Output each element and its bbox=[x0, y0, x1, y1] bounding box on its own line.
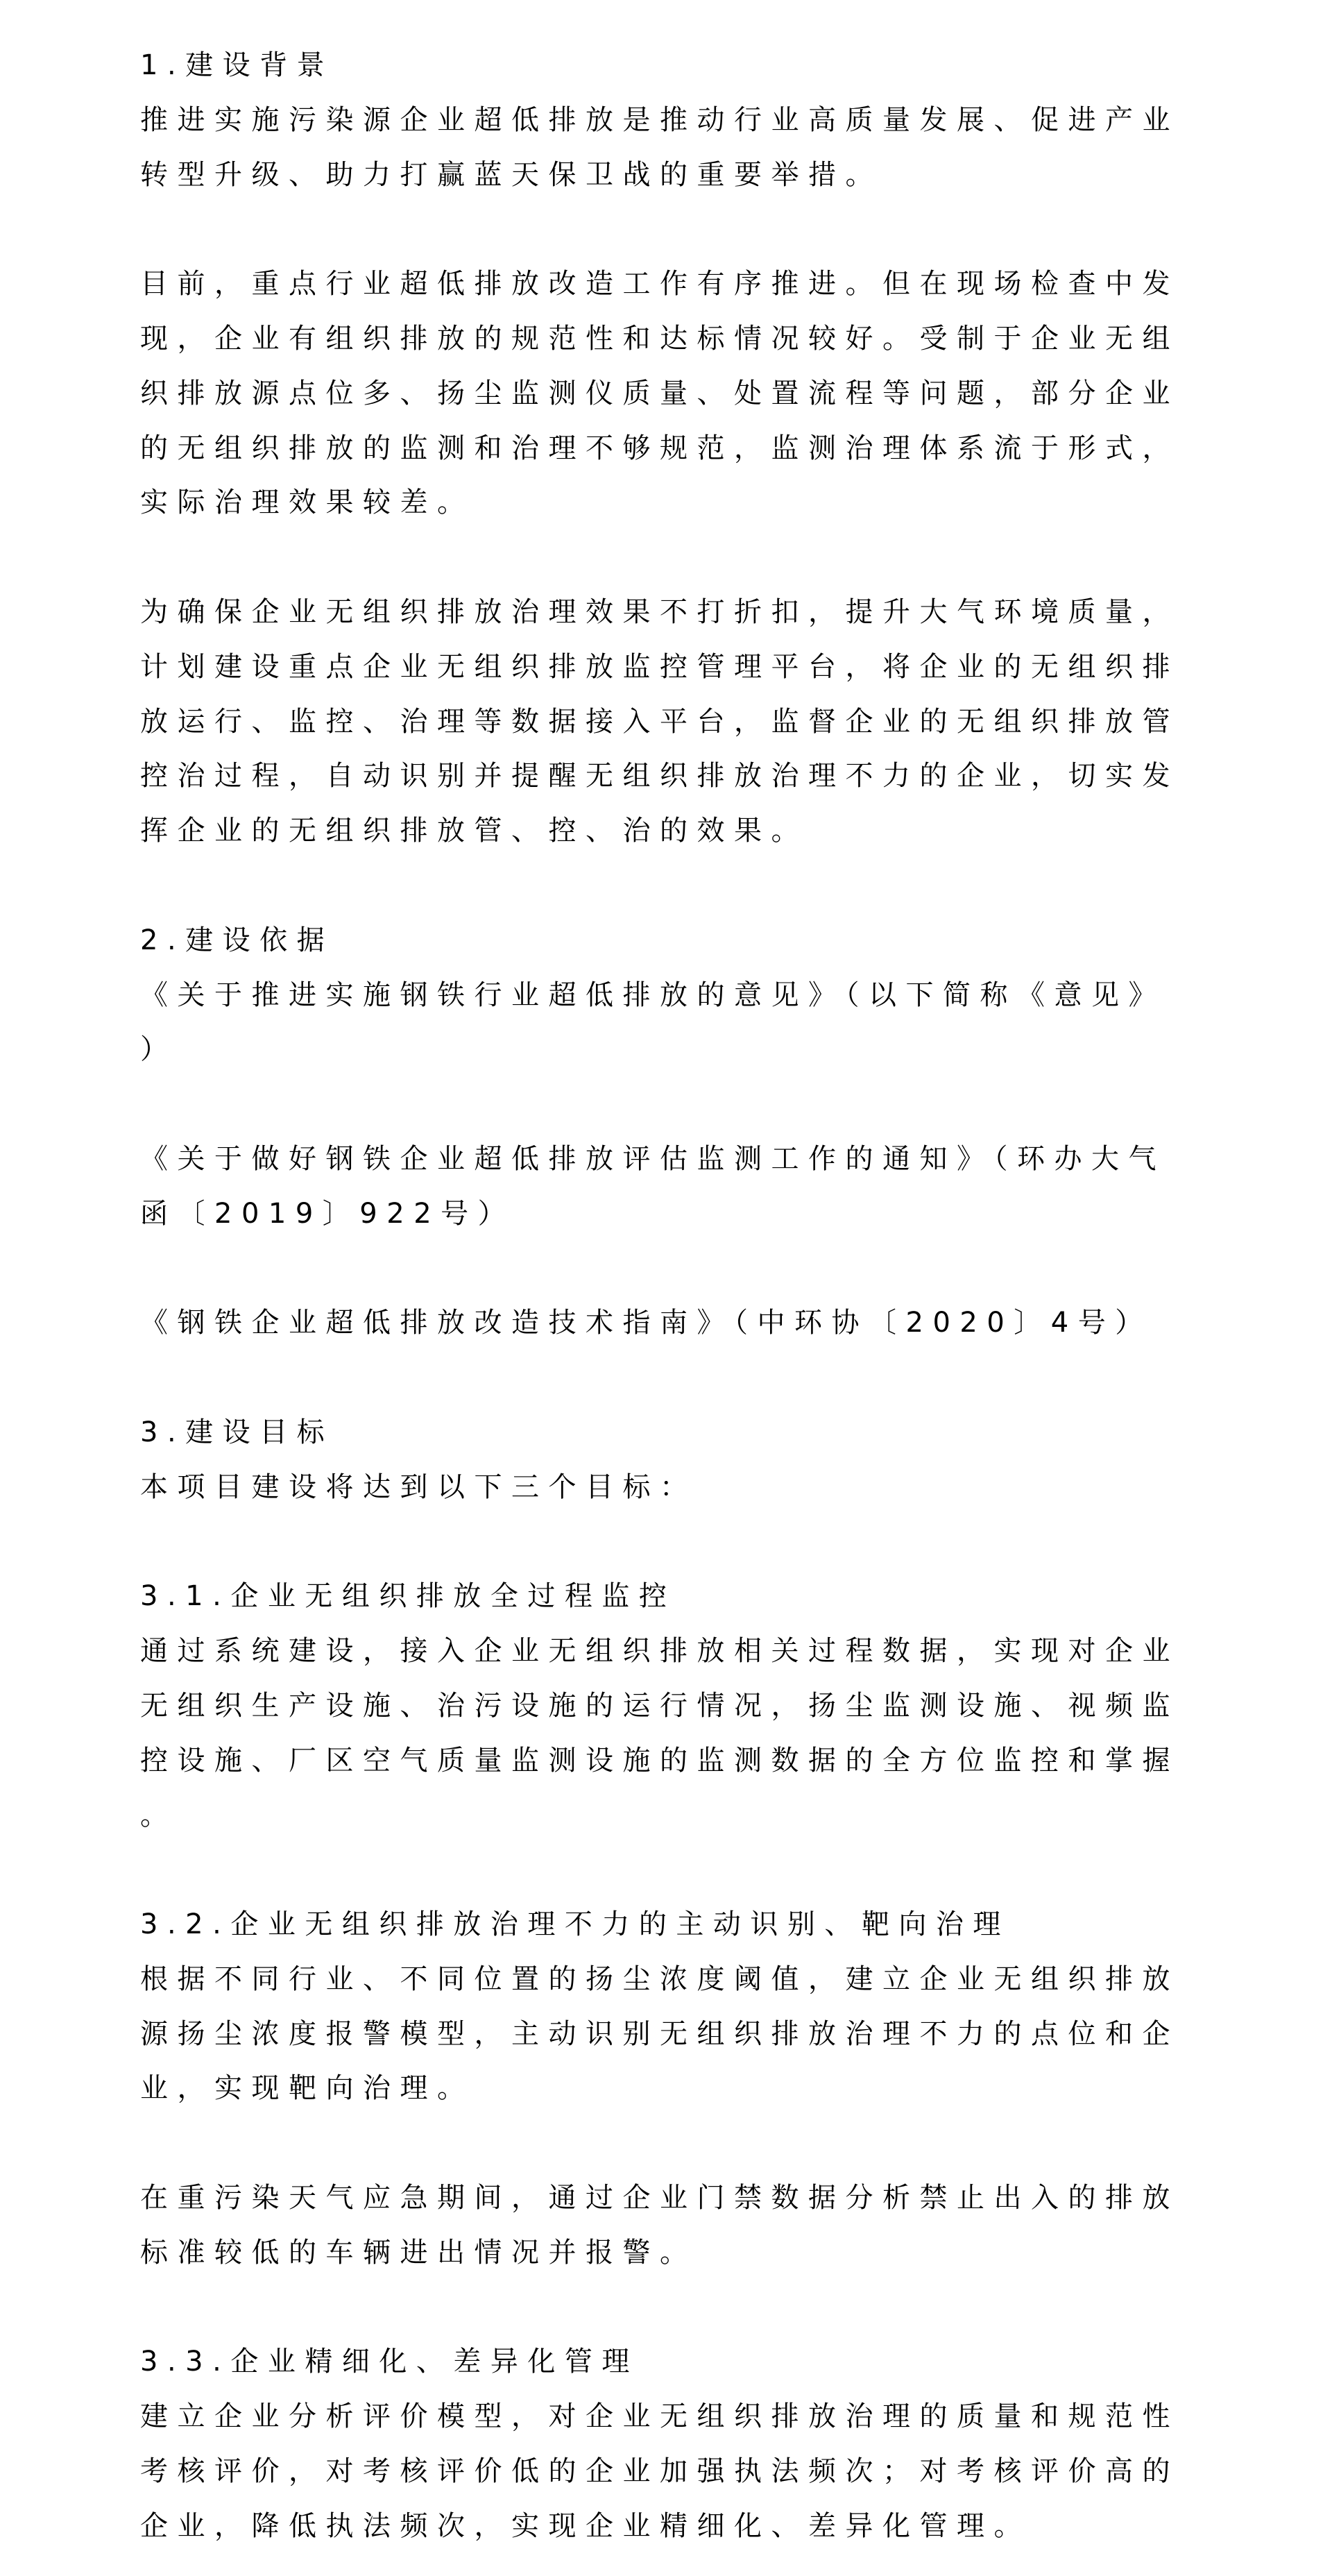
paragraph-line: 转型升级、助力打赢蓝天保卫战的重要举措。 bbox=[140, 148, 1222, 203]
paragraph-line: 控设施、厂区空气质量监测设施的监测数据的全方位监控和掌握 bbox=[140, 1734, 1222, 1788]
reference-line: 《关于推进实施钢铁行业超低排放的意见》（以下简称《意见》 bbox=[140, 968, 1222, 1023]
paragraph-line: 根据不同行业、不同位置的扬尘浓度阈值，建立企业无组织排放 bbox=[140, 1952, 1222, 2007]
paragraph-line: 建立企业分析评价模型，对企业无组织排放治理的质量和规范性 bbox=[140, 2389, 1222, 2444]
paragraph-line: 考核评价，对考核评价低的企业加强执法频次；对考核评价高的 bbox=[140, 2444, 1222, 2499]
subsection-heading-3-2: 3.2.企业无组织排放治理不力的主动识别、靶向治理 bbox=[140, 1897, 1222, 1952]
paragraph-line: 控治过程，自动识别并提醒无组织排放治理不力的企业，切实发 bbox=[140, 749, 1222, 804]
section-heading-goals: 3.建设目标 bbox=[140, 1405, 1222, 1460]
paragraph-spacer bbox=[140, 2116, 1222, 2171]
paragraph-line: 通过系统建设，接入企业无组织排放相关过程数据，实现对企业 bbox=[140, 1624, 1222, 1679]
paragraph-line: 放运行、监控、治理等数据接入平台，监督企业的无组织排放管 bbox=[140, 695, 1222, 749]
paragraph-line: 在重污染天气应急期间，通过企业门禁数据分析禁止出入的排放 bbox=[140, 2171, 1222, 2226]
section-heading-background: 1.建设背景 bbox=[140, 38, 1222, 93]
paragraph-spacer bbox=[140, 1077, 1222, 1132]
paragraph-spacer bbox=[140, 2280, 1222, 2335]
paragraph-spacer bbox=[140, 530, 1222, 585]
paragraph-line: 目前，重点行业超低排放改造工作有序推进。但在现场检查中发 bbox=[140, 257, 1222, 312]
paragraph-spacer bbox=[140, 1515, 1222, 1570]
paragraph-line: 推进实施污染源企业超低排放是推动行业高质量发展、促进产业 bbox=[140, 93, 1222, 148]
paragraph-line: 计划建设重点企业无组织排放监控管理平台，将企业的无组织排 bbox=[140, 640, 1222, 695]
paragraph-spacer bbox=[140, 1242, 1222, 1296]
reference-line: ） bbox=[140, 1022, 1222, 1077]
paragraph-line: 企业，降低执法频次，实现企业精细化、差异化管理。 bbox=[140, 2499, 1222, 2554]
reference-line: 函〔2019〕922号） bbox=[140, 1187, 1222, 1242]
paragraph-line: 。 bbox=[140, 1788, 1222, 1843]
paragraph-line: 织排放源点位多、扬尘监测仪质量、处置流程等问题，部分企业 bbox=[140, 366, 1222, 421]
paragraph-line: 源扬尘浓度报警模型，主动识别无组织排放治理不力的点位和企 bbox=[140, 2007, 1222, 2062]
section-heading-basis: 2.建设依据 bbox=[140, 913, 1222, 968]
paragraph-spacer bbox=[140, 202, 1222, 257]
paragraph-line: 的无组织排放的监测和治理不够规范，监测治理体系流于形式， bbox=[140, 421, 1222, 476]
reference-line: 《关于做好钢铁企业超低排放评估监测工作的通知》（环办大气 bbox=[140, 1132, 1222, 1187]
subsection-heading-3-3: 3.3.企业精细化、差异化管理 bbox=[140, 2334, 1222, 2389]
goals-intro: 本项目建设将达到以下三个目标： bbox=[140, 1460, 1222, 1515]
subsection-heading-3-1: 3.1.企业无组织排放全过程监控 bbox=[140, 1569, 1222, 1624]
paragraph-spacer bbox=[140, 858, 1222, 913]
paragraph-spacer bbox=[140, 1350, 1222, 1405]
paragraph-line: 为确保企业无组织排放治理效果不打折扣，提升大气环境质量， bbox=[140, 585, 1222, 640]
paragraph-spacer bbox=[140, 1842, 1222, 1897]
paragraph-line: 无组织生产设施、治污设施的运行情况，扬尘监测设施、视频监 bbox=[140, 1679, 1222, 1734]
paragraph-line: 现，企业有组织排放的规范性和达标情况较好。受制于企业无组 bbox=[140, 312, 1222, 366]
document-body: 1.建设背景 推进实施污染源企业超低排放是推动行业高质量发展、促进产业 转型升级… bbox=[140, 38, 1222, 2554]
reference-line: 《钢铁企业超低排放改造技术指南》（中环协〔2020〕4号） bbox=[140, 1296, 1222, 1350]
paragraph-line: 业，实现靶向治理。 bbox=[140, 2061, 1222, 2116]
paragraph-line: 实际治理效果较差。 bbox=[140, 475, 1222, 530]
paragraph-line: 标准较低的车辆进出情况并报警。 bbox=[140, 2226, 1222, 2280]
paragraph-line: 挥企业的无组织排放管、控、治的效果。 bbox=[140, 804, 1222, 858]
